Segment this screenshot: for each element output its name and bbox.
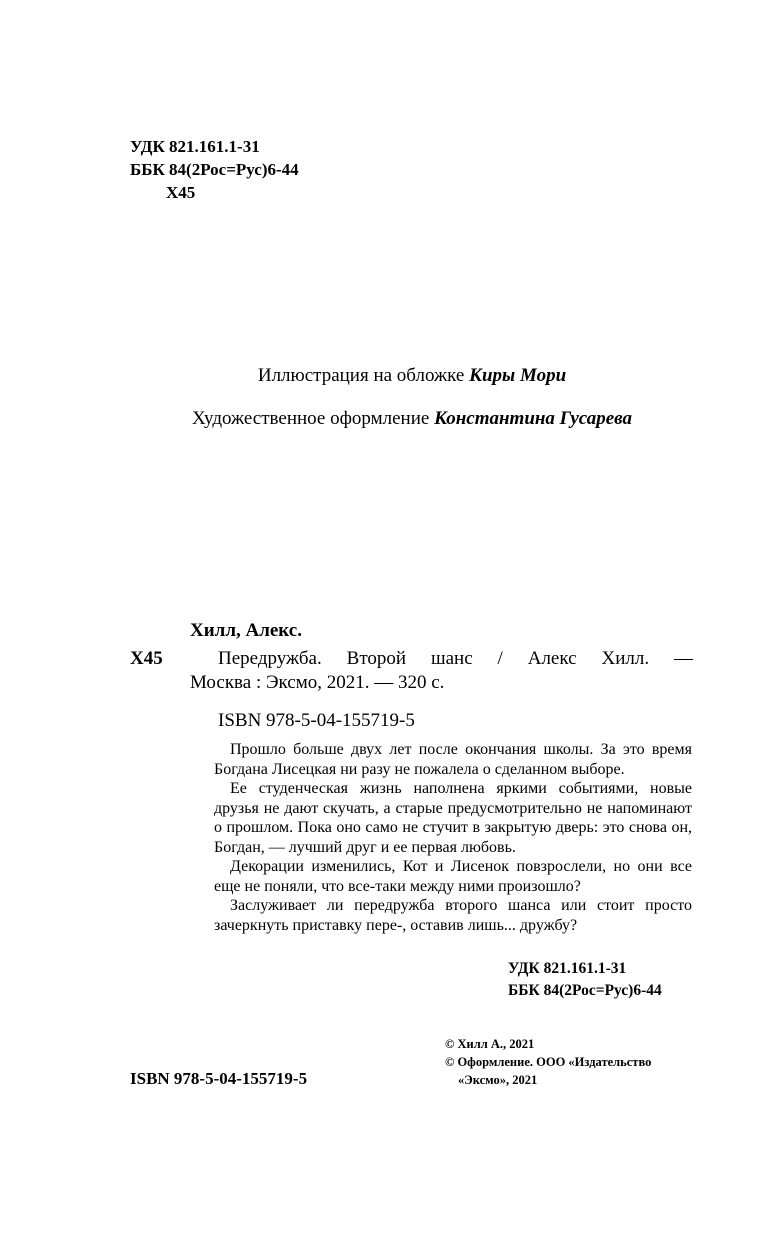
illustration-artist: Киры Мори bbox=[469, 365, 566, 386]
annotation-paragraph: Прошло больше двух лет после окончания ш… bbox=[214, 740, 692, 779]
annotation: Прошло больше двух лет после окончания ш… bbox=[214, 740, 692, 935]
illustration-credit: Иллюстрация на обложке Киры Мори bbox=[0, 365, 768, 387]
author-mark: Х45 bbox=[130, 181, 299, 204]
bbk-code: ББК 84(2Рос=Рус)6-44 bbox=[130, 158, 299, 181]
bib-author: Хилл, Алекс. bbox=[190, 620, 302, 642]
annotation-paragraph: Заслуживает ли передружба второго шанса … bbox=[214, 896, 692, 935]
udk-code: УДК 821.161.1-31 bbox=[508, 958, 662, 980]
design-label: Художественное оформление bbox=[192, 408, 429, 429]
bbk-code: ББК 84(2Рос=Рус)6-44 bbox=[508, 980, 662, 1002]
bib-imprint-line: Москва : Эксмо, 2021. — 320 с. bbox=[190, 672, 444, 694]
illustration-label: Иллюстрация на обложке bbox=[258, 365, 464, 386]
udk-code: УДК 821.161.1-31 bbox=[130, 135, 299, 158]
copyright-author: © Хилл А., 2021 bbox=[445, 1035, 651, 1053]
bib-isbn: ISBN 978-5-04-155719-5 bbox=[218, 710, 415, 732]
annotation-paragraph: Декорации изменились, Кот и Лисенок повз… bbox=[214, 857, 692, 896]
classification-top: УДК 821.161.1-31 ББК 84(2Рос=Рус)6-44 Х4… bbox=[130, 135, 299, 204]
annotation-paragraph: Ее студенческая жизнь наполнена яркими с… bbox=[214, 779, 692, 857]
bib-author-mark: Х45 bbox=[130, 648, 163, 670]
copyright-design-cont: «Эксмо», 2021 bbox=[445, 1071, 651, 1089]
copyright-design: © Оформление. ООО «Издательство bbox=[445, 1053, 651, 1071]
copyright-block: © Хилл А., 2021 © Оформление. ООО «Издат… bbox=[445, 1035, 651, 1089]
classification-bottom: УДК 821.161.1-31 ББК 84(2Рос=Рус)6-44 bbox=[508, 958, 662, 1002]
design-artist: Константина Гусарева bbox=[434, 408, 632, 429]
design-credit: Художественное оформление Константина Гу… bbox=[0, 408, 768, 430]
bib-title-line: Передружба. Второй шанс / Алекс Хилл. — bbox=[218, 648, 693, 670]
footer-isbn: ISBN 978-5-04-155719-5 bbox=[130, 1069, 307, 1089]
